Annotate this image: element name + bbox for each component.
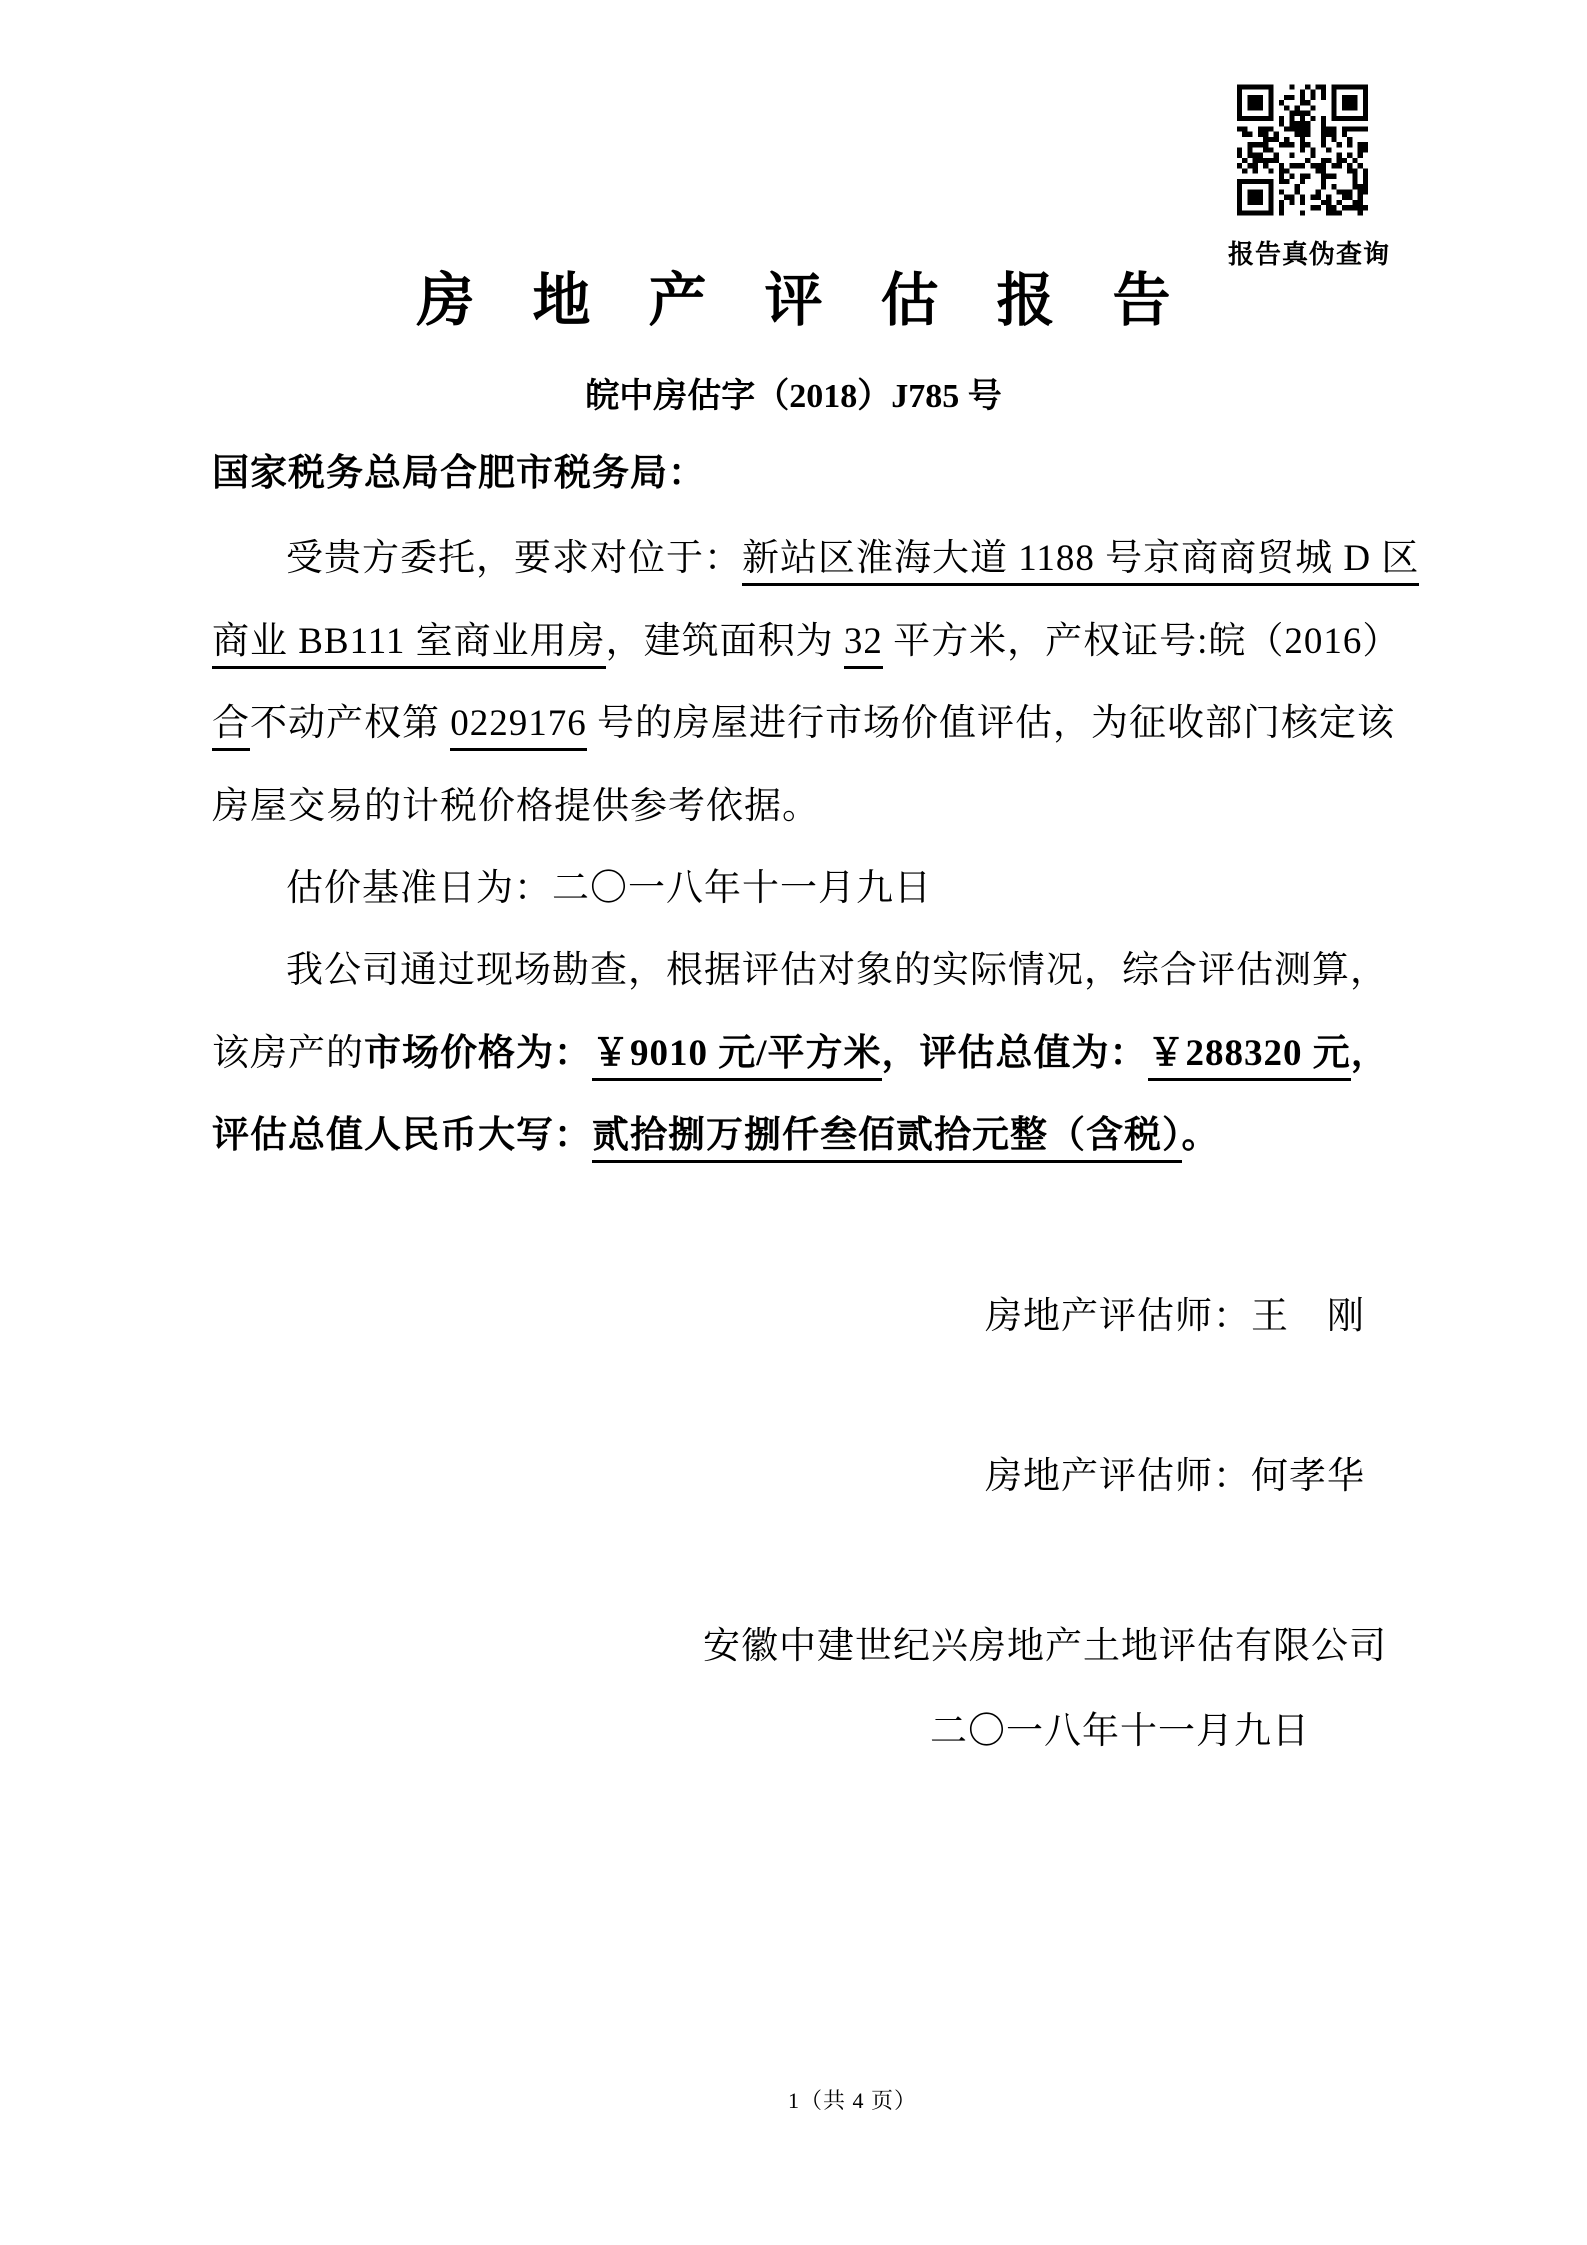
cert-prefix-underline: 合 [212,703,250,751]
body-line-1-lead: 受贵方委托，要求对位于： [286,538,742,579]
body-line-2-text2: 平方米，产权证号:皖（2016） [883,621,1401,662]
qr-code [1237,84,1368,216]
price-line-tail: ， [1351,1033,1389,1074]
issue-date-line: 二〇一八年十一月九日 [930,1708,1310,1756]
body-line-2: 商业 BB111 室商业用房，建筑面积为 32 平方米，产权证号:皖（2016） [212,618,1400,666]
price-line-lead: 该房产的 [212,1033,364,1074]
report-title: 房 地 产 评 估 报 告 [0,268,1587,335]
total-value-label: ，评估总值为： [882,1033,1148,1074]
unit-price-value: ￥9010 元/平方米 [592,1033,882,1081]
signature-line-2: 房地产评估师：何孝华 [985,1453,1365,1501]
body-line-6: 我公司通过现场勘查，根据评估对象的实际情况，综合评估测算， [286,947,1388,995]
building-area-underline: 32 [844,621,883,669]
valuation-date-line: 估价基准日为：二〇一八年十一月九日 [286,865,932,913]
page-number: 1（共 4 页） [788,2084,917,2115]
cert-number-underline: 0229176 [450,703,587,751]
amount-words-value: 贰拾捌万捌仟叁佰贰拾元整（含税） [592,1115,1182,1163]
signature-line-1: 房地产评估师：王 刚 [985,1293,1365,1341]
body-line-3: 合不动产权第 0229176 号的房屋进行市场价值评估，为征收部门核定该 [212,700,1395,748]
unit-price-label: 市场价格为： [364,1033,592,1074]
amount-words-label: 评估总值人民币大写： [212,1115,592,1156]
body-line-3-text1: 不动产权第 [250,703,450,744]
body-line-4: 房屋交易的计税价格提供参考依据。 [212,783,820,831]
report-page: 报告真伪查询 房 地 产 评 估 报 告 皖中房估字（2018）J785 号 国… [0,0,1587,2245]
doc-number: 皖中房估字（2018）J785 号 [0,368,1587,417]
total-value-amount: ￥288320 元 [1148,1033,1351,1081]
recipient-line: 国家税务总局合肥市税务局： [212,450,706,498]
amount-words-tail: 。 [1182,1115,1220,1156]
company-line: 安徽中建世纪兴房地产土地评估有限公司 [703,1623,1387,1671]
body-line-3-text2: 号的房屋进行市场价值评估，为征收部门核定该 [587,703,1395,744]
body-line-1: 受贵方委托，要求对位于：新站区淮海大道 1188 号京商商贸城 D 区 [286,535,1419,583]
property-room-underline: 商业 BB111 室商业用房 [212,621,606,669]
amount-in-words-line: 评估总值人民币大写：贰拾捌万捌仟叁佰贰拾元整（含税）。 [212,1112,1220,1160]
qr-verify-label: 报告真伪查询 [1228,234,1398,271]
property-address-underline: 新站区淮海大道 1188 号京商商贸城 D 区 [742,538,1419,586]
body-line-2-text1: ，建筑面积为 [606,621,844,662]
price-line: 该房产的市场价格为：￥9010 元/平方米，评估总值为：￥288320 元， [212,1030,1389,1078]
